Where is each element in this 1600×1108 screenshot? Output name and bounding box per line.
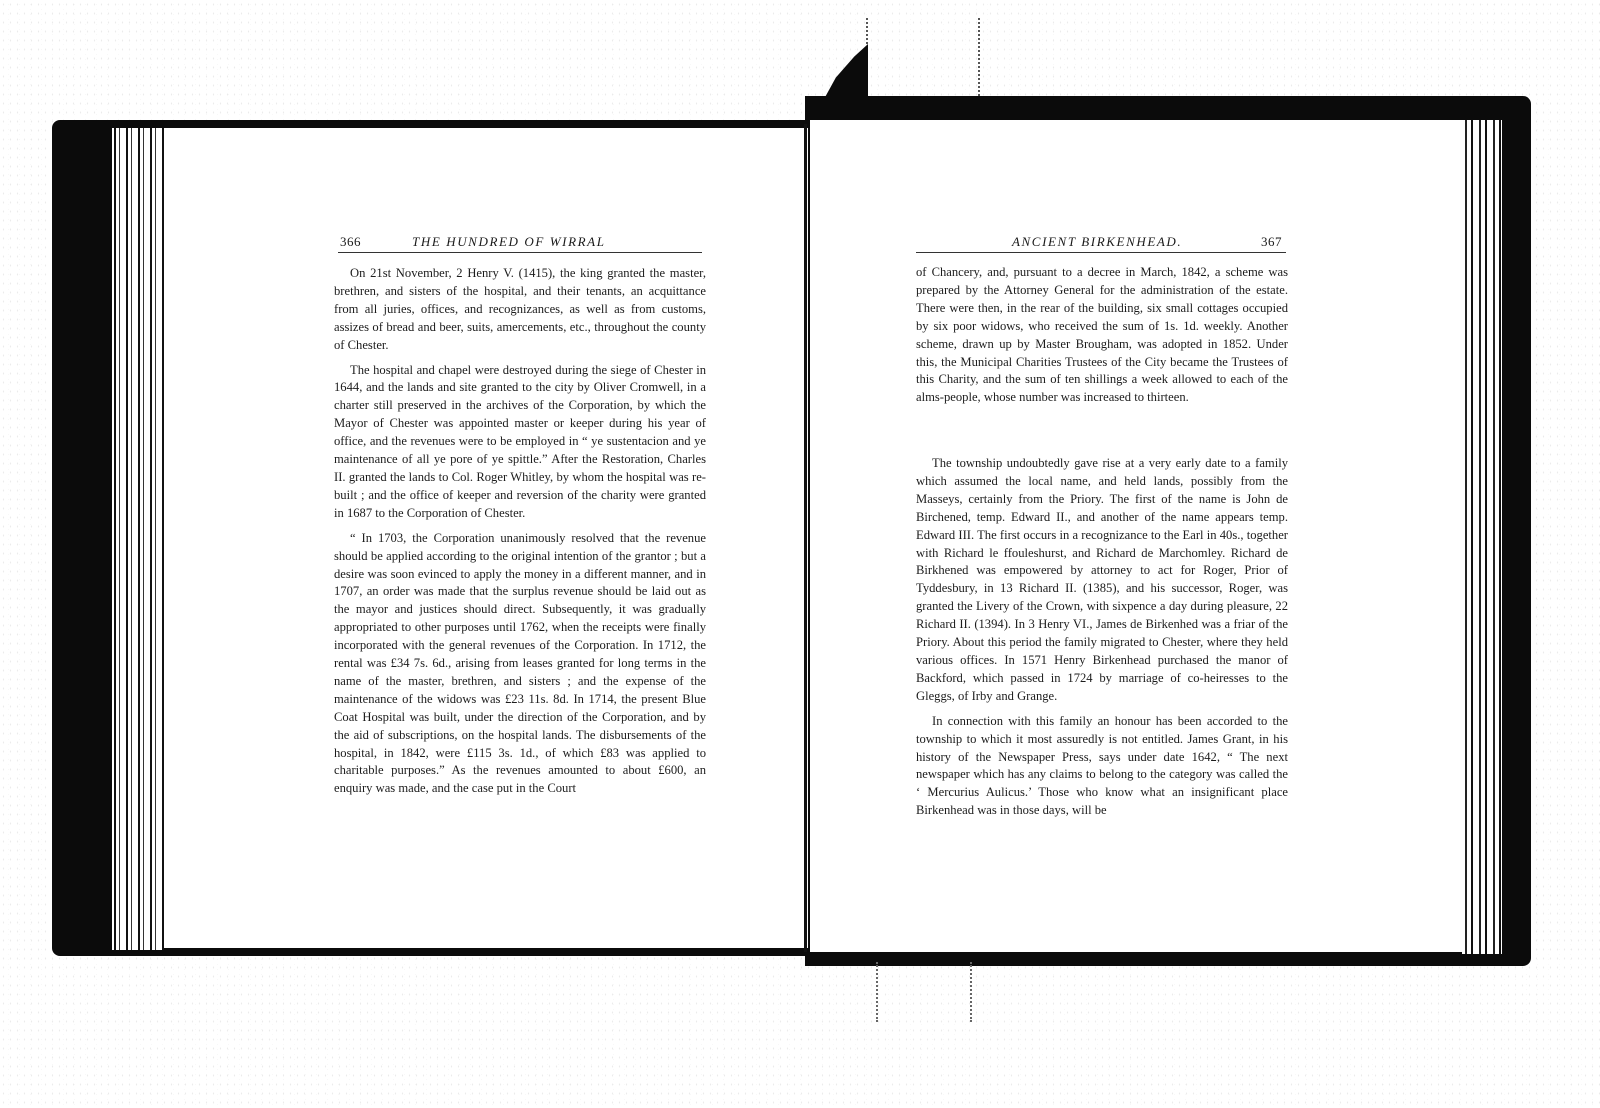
right-page-body: The township undoubtedly gave rise at a … [916,455,1288,827]
page-edges-right [1462,120,1502,954]
paragraph: of Chancery, and, pursuant to a decree i… [916,264,1288,407]
right-page-number: 367 [1261,234,1282,250]
left-running-title: THE HUNDRED OF WIRRAL [412,234,606,250]
left-running-head: 366 THE HUNDRED OF WIRRAL [338,232,702,253]
paragraph: On 21st November, 2 Henry V. (1415), the… [334,265,706,355]
paragraph: The township undoubtedly gave rise at a … [916,455,1288,706]
right-running-title: ANCIENT BIRKENHEAD. [1012,234,1182,250]
paragraph: The hospital and chapel were destroyed d… [334,362,706,523]
left-page-number: 366 [340,234,361,250]
right-page-continuation: of Chancery, and, pursuant to a decree i… [916,264,1288,414]
page-edges-left [112,128,164,950]
book-gutter [804,124,807,952]
bookmark-slip-top [866,18,980,100]
paragraph: In connection with this family an honour… [916,713,1288,820]
left-page-body: On 21st November, 2 Henry V. (1415), the… [334,265,706,805]
paragraph: “ In 1703, the Corporation unanimously r… [334,530,706,799]
right-running-head: ANCIENT BIRKENHEAD. 367 [916,232,1286,253]
bookmark-slip-bottom [876,962,972,1022]
